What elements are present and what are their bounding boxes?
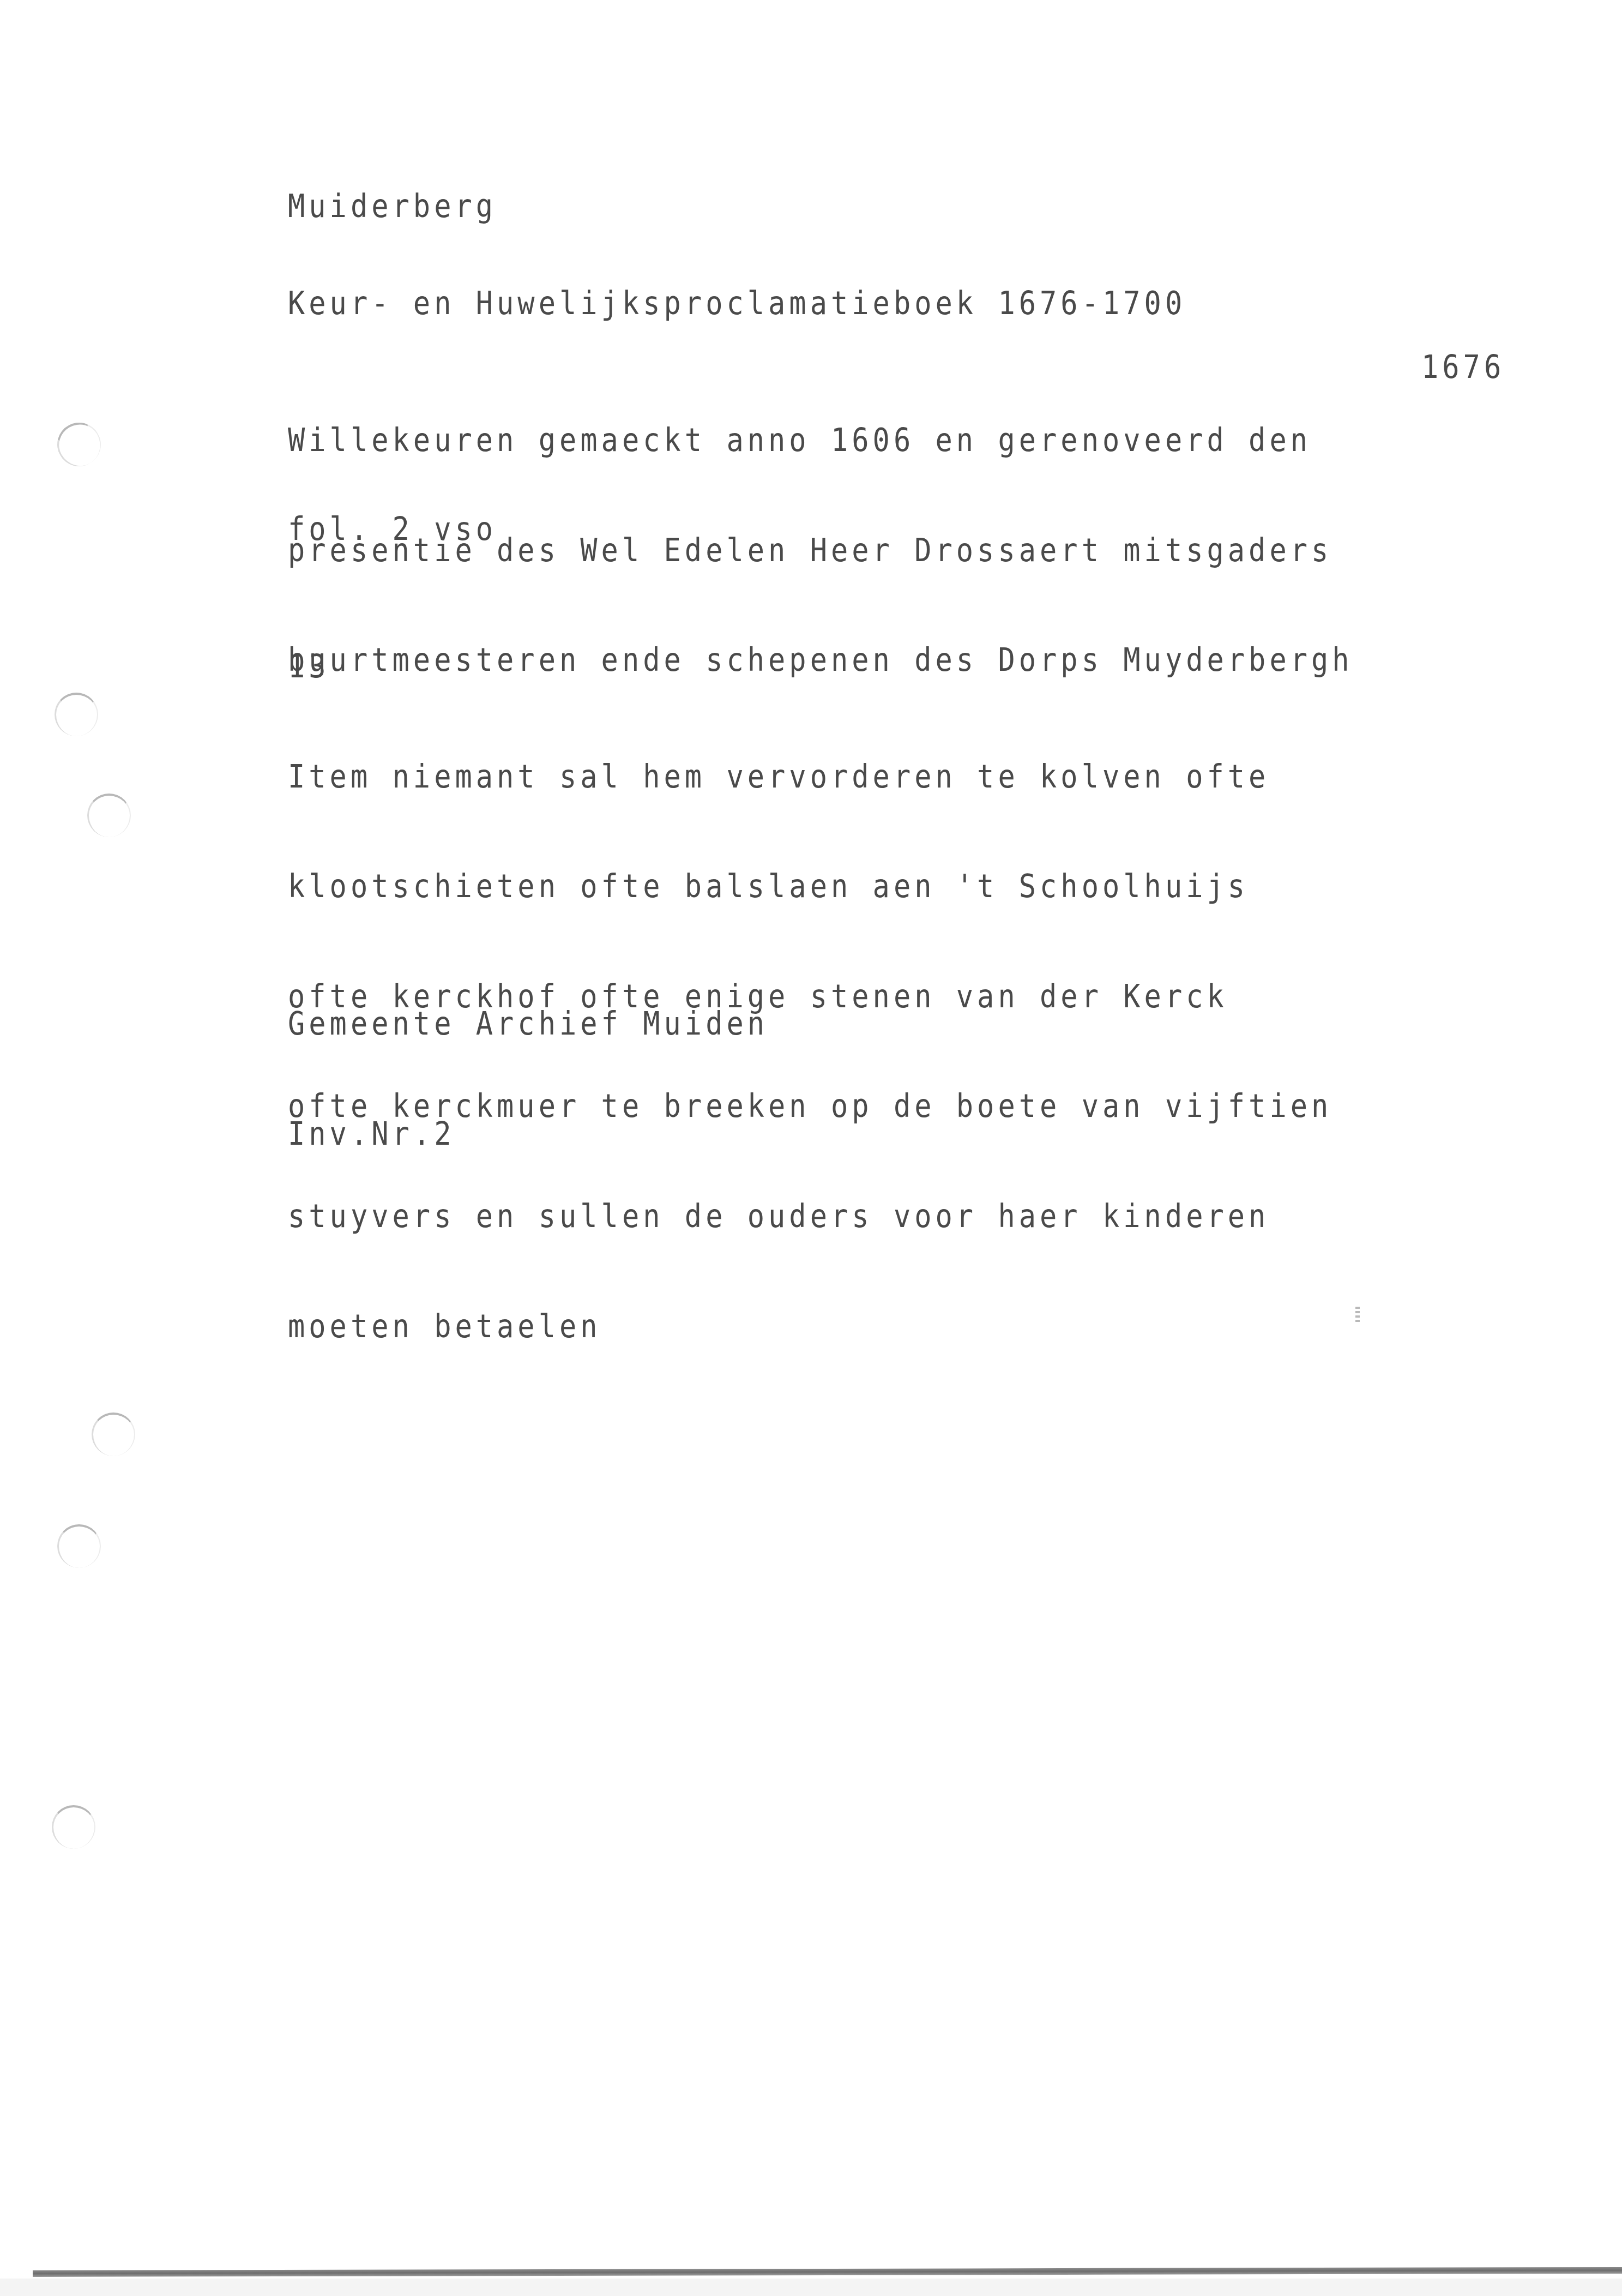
document-title: Keur- en Huwelijksproclamatieboek 1676-1… <box>288 285 1186 322</box>
punch-hole-mark <box>87 794 131 837</box>
intro-line: Willekeuren gemaeckt anno 1606 en gereno… <box>288 422 1353 459</box>
article-line: moeten betaelen <box>288 1308 1332 1345</box>
article-number: 13 <box>288 648 1332 685</box>
punch-hole-mark <box>55 693 98 736</box>
punch-hole-mark <box>92 1413 135 1456</box>
punch-hole-mark <box>52 1805 95 1849</box>
place-heading: Muiderberg <box>288 188 497 225</box>
inventory-number: Inv.Nr.2 <box>288 1116 768 1152</box>
article-line: klootschieten ofte balslaen aen 't Schoo… <box>288 869 1332 905</box>
punch-hole-mark <box>57 1524 101 1568</box>
scan-background <box>0 2279 1622 2296</box>
punch-hole-mark <box>49 414 108 474</box>
source-block: Gemeente Archief Muiden Inv.Nr.2 <box>288 933 768 1226</box>
folio-reference: fol. 2 vso <box>288 511 497 548</box>
archive-name: Gemeente Archief Muiden <box>288 1006 768 1042</box>
article-line: Item niemant sal hem vervorderen te kolv… <box>288 759 1332 795</box>
document-page: Muiderberg Keur- en Huwelijksproclamatie… <box>0 0 1622 2296</box>
scan-speck <box>1355 1307 1360 1323</box>
margin-year: 1676 <box>1421 349 1505 386</box>
page-bottom-edge <box>33 2267 1622 2277</box>
